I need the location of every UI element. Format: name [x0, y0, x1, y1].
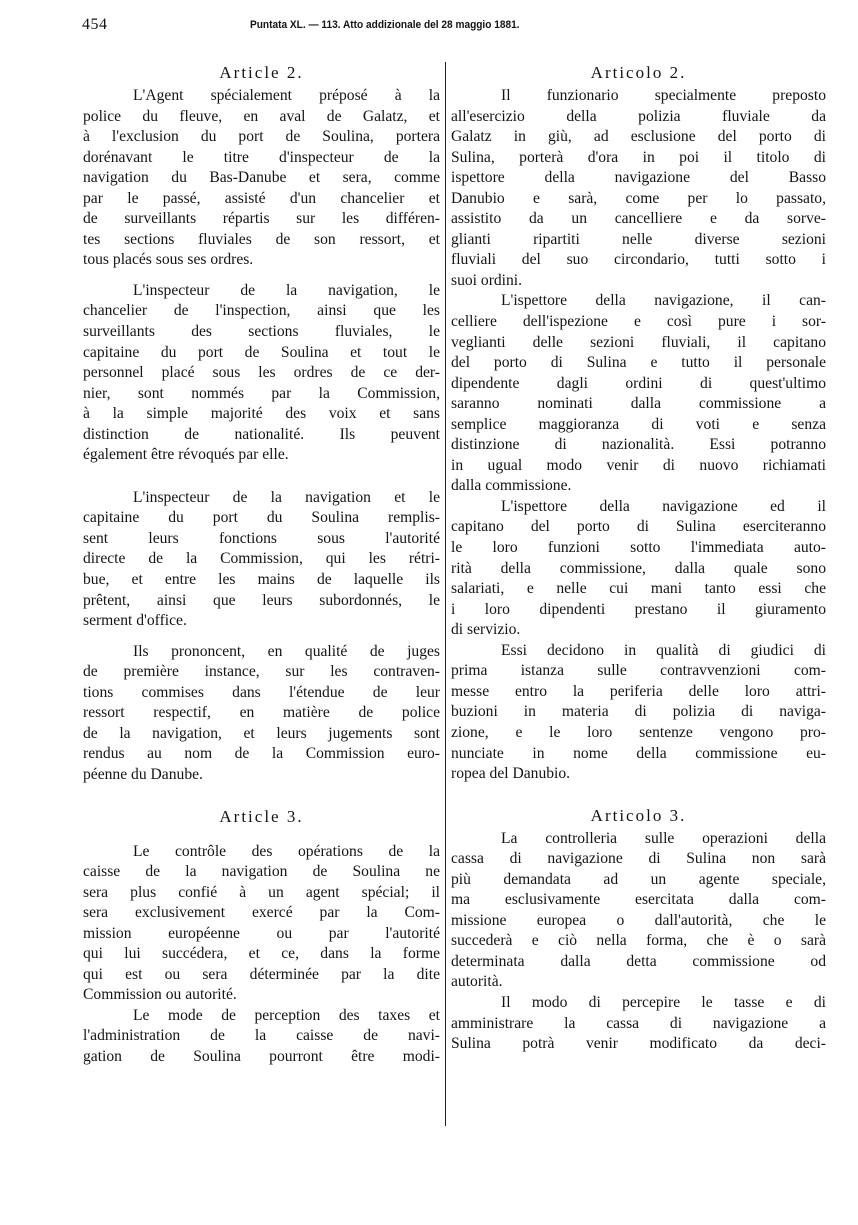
running-head: 454 Puntata XL. — 113. Atto addizionale …: [82, 16, 722, 40]
text-line: suoi ordini.: [451, 271, 826, 292]
text-line: dalla commissione.: [451, 476, 826, 497]
text-line: Il funzionario specialmente preposto: [451, 86, 826, 107]
text-line: ropea del Danubio.: [451, 764, 826, 785]
text-line: succederà e ciò nella forma, che è o sar…: [451, 931, 826, 952]
paragraph: Il modo di percepire le tasse e diammini…: [451, 993, 826, 1055]
article-heading: Articolo 3.: [451, 803, 826, 829]
spacer: [83, 786, 440, 804]
text-line: tes sections fluviales de son ressort, e…: [83, 230, 440, 251]
text-line: cassa di navigazione di Sulina non sarà: [451, 849, 826, 870]
text-line: Le mode de perception des taxes et: [83, 1006, 440, 1027]
text-line: gation de Soulina pourront être modi-: [83, 1047, 440, 1068]
text-line: police du fleuve, en aval de Galatz, et: [83, 107, 440, 128]
text-line: ma esclusivamente esercitata dalla com-: [451, 890, 826, 911]
text-line: par le passé, assisté d'un chancelier et: [83, 189, 440, 210]
text-line: l'administration de la caisse de navi-: [83, 1026, 440, 1047]
text-line: glianti ripartiti nelle diverse sezioni: [451, 230, 826, 251]
text-line: salariati, e nelle cui mani tanto essi c…: [451, 579, 826, 600]
text-line: sera exclusivement exercé par la Com-: [83, 903, 440, 924]
text-line: L'Agent spécialement préposé à la: [83, 86, 440, 107]
text-line: rità della commissione, dalla quale sono: [451, 559, 826, 580]
text-line: tions commises dans l'étendue de leur: [83, 683, 440, 704]
text-line: nunciate in nome della commissione eu-: [451, 744, 826, 765]
text-line: chancelier de l'inspection, ainsi que le…: [83, 301, 440, 322]
paragraph: L'Agent spécialement préposé à lapolice …: [83, 86, 440, 271]
text-line: assistito da un cancelliere e da sorve-: [451, 209, 826, 230]
text-line: i loro dipendenti prestano il giuramento: [451, 600, 826, 621]
text-line: Sulina potrà venir modificato da deci-: [451, 1034, 826, 1055]
text-line: dorénavant le titre d'inspecteur de la: [83, 148, 440, 169]
text-line: directe de la Commission, qui les rétri-: [83, 549, 440, 570]
column-french: Article 2.L'Agent spécialement préposé à…: [83, 60, 440, 1068]
text-line: capitaine du port de Soulina et tout le: [83, 343, 440, 364]
text-line: navigation du Bas-Danube et sera, comme: [83, 168, 440, 189]
text-line: prêtent, ainsi que leurs subordonnés, le: [83, 591, 440, 612]
text-line: Commission ou autorité.: [83, 985, 440, 1006]
text-line: à la simple majorité des voix et sans: [83, 404, 440, 425]
paragraph: L'inspecteur de la navigation et lecapit…: [83, 488, 440, 632]
text-line: à l'exclusion du port de Soulina, porter…: [83, 127, 440, 148]
text-line: determinata dalla detta commissione od: [451, 952, 826, 973]
article-heading: Articolo 2.: [451, 60, 826, 86]
text-line: mission européenne ou par l'autorité: [83, 924, 440, 945]
text-line: tous placés sous ses ordres.: [83, 250, 440, 271]
text-line: messe entro la periferia delle loro attr…: [451, 682, 826, 703]
text-line: Danubio e sarà, come per lo passato,: [451, 189, 826, 210]
text-line: péenne du Danube.: [83, 765, 440, 786]
text-line: missione europea o dall'autorità, che le: [451, 911, 826, 932]
text-line: Sulina, porterà d'ora in poi il titolo d…: [451, 148, 826, 169]
spacer: [451, 785, 826, 803]
paragraph: Il funzionario specialmente prepostoall'…: [451, 86, 826, 291]
text-line: veglianti delle sezioni fluviali, il cap…: [451, 333, 826, 354]
column-divider: [445, 62, 446, 1126]
text-line: capitano del porto di Sulina eserciteran…: [451, 517, 826, 538]
text-line: autorità.: [451, 972, 826, 993]
text-line: qui est ou sera déterminée par la dite: [83, 965, 440, 986]
text-line: distinzione di nazionalità. Essi potrann…: [451, 435, 826, 456]
text-line: celliere dell'ispezione e così pure i so…: [451, 312, 826, 333]
text-line: semplice maggioranza di voti e senza: [451, 415, 826, 436]
text-line: rendus au nom de la Commission euro-: [83, 744, 440, 765]
text-line: più demandata ad un agente speciale,: [451, 870, 826, 891]
paragraph: Le contrôle des opérations de lacaisse d…: [83, 842, 440, 1006]
text-line: ispettore della navigazione del Basso: [451, 168, 826, 189]
text-line: capitaine du port du Soulina remplis-: [83, 508, 440, 529]
article-heading: Article 3.: [83, 804, 440, 830]
text-line: nier, sont nommés par la Commission,: [83, 384, 440, 405]
text-line: sera plus confié à un agent spécial; il: [83, 883, 440, 904]
text-line: qui lui succédera, et ce, dans la forme: [83, 944, 440, 965]
paragraph: L'inspecteur de la navigation, lechancel…: [83, 281, 440, 466]
text-line: de surveillants répartis sur les différe…: [83, 209, 440, 230]
text-line: surveillants des sections fluviales, le: [83, 322, 440, 343]
text-line: Galatz in giù, ad esclusione del porto d…: [451, 127, 826, 148]
running-head-title: Puntata XL. — 113. Atto addizionale del …: [250, 19, 520, 31]
text-line: L'inspecteur de la navigation et le: [83, 488, 440, 509]
text-line: Essi decidono in qualità di giudici di: [451, 641, 826, 662]
text-line: zione, e le loro sentenze vengono pro-: [451, 723, 826, 744]
text-line: également être révoqués par elle.: [83, 445, 440, 466]
text-line: Ils prononcent, en qualité de juges: [83, 642, 440, 663]
text-line: fluviali del suo circondario, tutti sott…: [451, 250, 826, 271]
text-line: Il modo di percepire le tasse e di: [451, 993, 826, 1014]
article-heading: Article 2.: [83, 60, 440, 86]
text-line: de première instance, sur les contraven-: [83, 662, 440, 683]
text-line: prima istanza sulle contravvenzioni com-: [451, 661, 826, 682]
text-line: L'ispettore della navigazione, il can-: [451, 291, 826, 312]
paragraph: Ils prononcent, en qualité de jugesde pr…: [83, 642, 440, 786]
text-line: in ugual modo venir di nuovo richiamati: [451, 456, 826, 477]
text-line: del porto di Sulina e tutto il personale: [451, 353, 826, 374]
text-line: La controlleria sulle operazioni della: [451, 829, 826, 850]
text-line: dipendente dagli ordini di quest'ultimo: [451, 374, 826, 395]
page-number: 454: [82, 16, 108, 34]
text-line: serment d'office.: [83, 611, 440, 632]
text-line: amministrare la cassa di navigazione a: [451, 1014, 826, 1035]
text-line: sent leurs fonctions sous l'autorité: [83, 529, 440, 550]
text-line: di servizio.: [451, 620, 826, 641]
text-line: buzioni in materia di polizia di naviga-: [451, 702, 826, 723]
text-line: personnel placé sous les ordres de ce de…: [83, 363, 440, 384]
text-line: Le contrôle des opérations de la: [83, 842, 440, 863]
paragraph: Le mode de perception des taxes etl'admi…: [83, 1006, 440, 1068]
text-line: L'ispettore della navigazione ed il: [451, 497, 826, 518]
paragraph: La controlleria sulle operazioni dellaca…: [451, 829, 826, 993]
text-line: saranno nominati dalla commissione a: [451, 394, 826, 415]
text-line: le loro funzioni sotto l'immediata auto-: [451, 538, 826, 559]
text-line: all'esercizio della polizia fluviale da: [451, 107, 826, 128]
paragraph: Essi decidono in qualità di giudici dipr…: [451, 641, 826, 785]
text-line: distinction de nationalité. Ils peuvent: [83, 425, 440, 446]
text-line: ressort respectif, en matière de police: [83, 703, 440, 724]
paragraph: L'ispettore della navigazione, il can-ce…: [451, 291, 826, 496]
text-line: de la navigation, et leurs jugements son…: [83, 724, 440, 745]
text-line: bue, et entre les mains de laquelle ils: [83, 570, 440, 591]
text-line: caisse de la navigation de Soulina ne: [83, 862, 440, 883]
column-italian: Articolo 2.Il funzionario specialmente p…: [451, 60, 826, 1055]
text-line: L'inspecteur de la navigation, le: [83, 281, 440, 302]
paragraph: L'ispettore della navigazione ed ilcapit…: [451, 497, 826, 641]
